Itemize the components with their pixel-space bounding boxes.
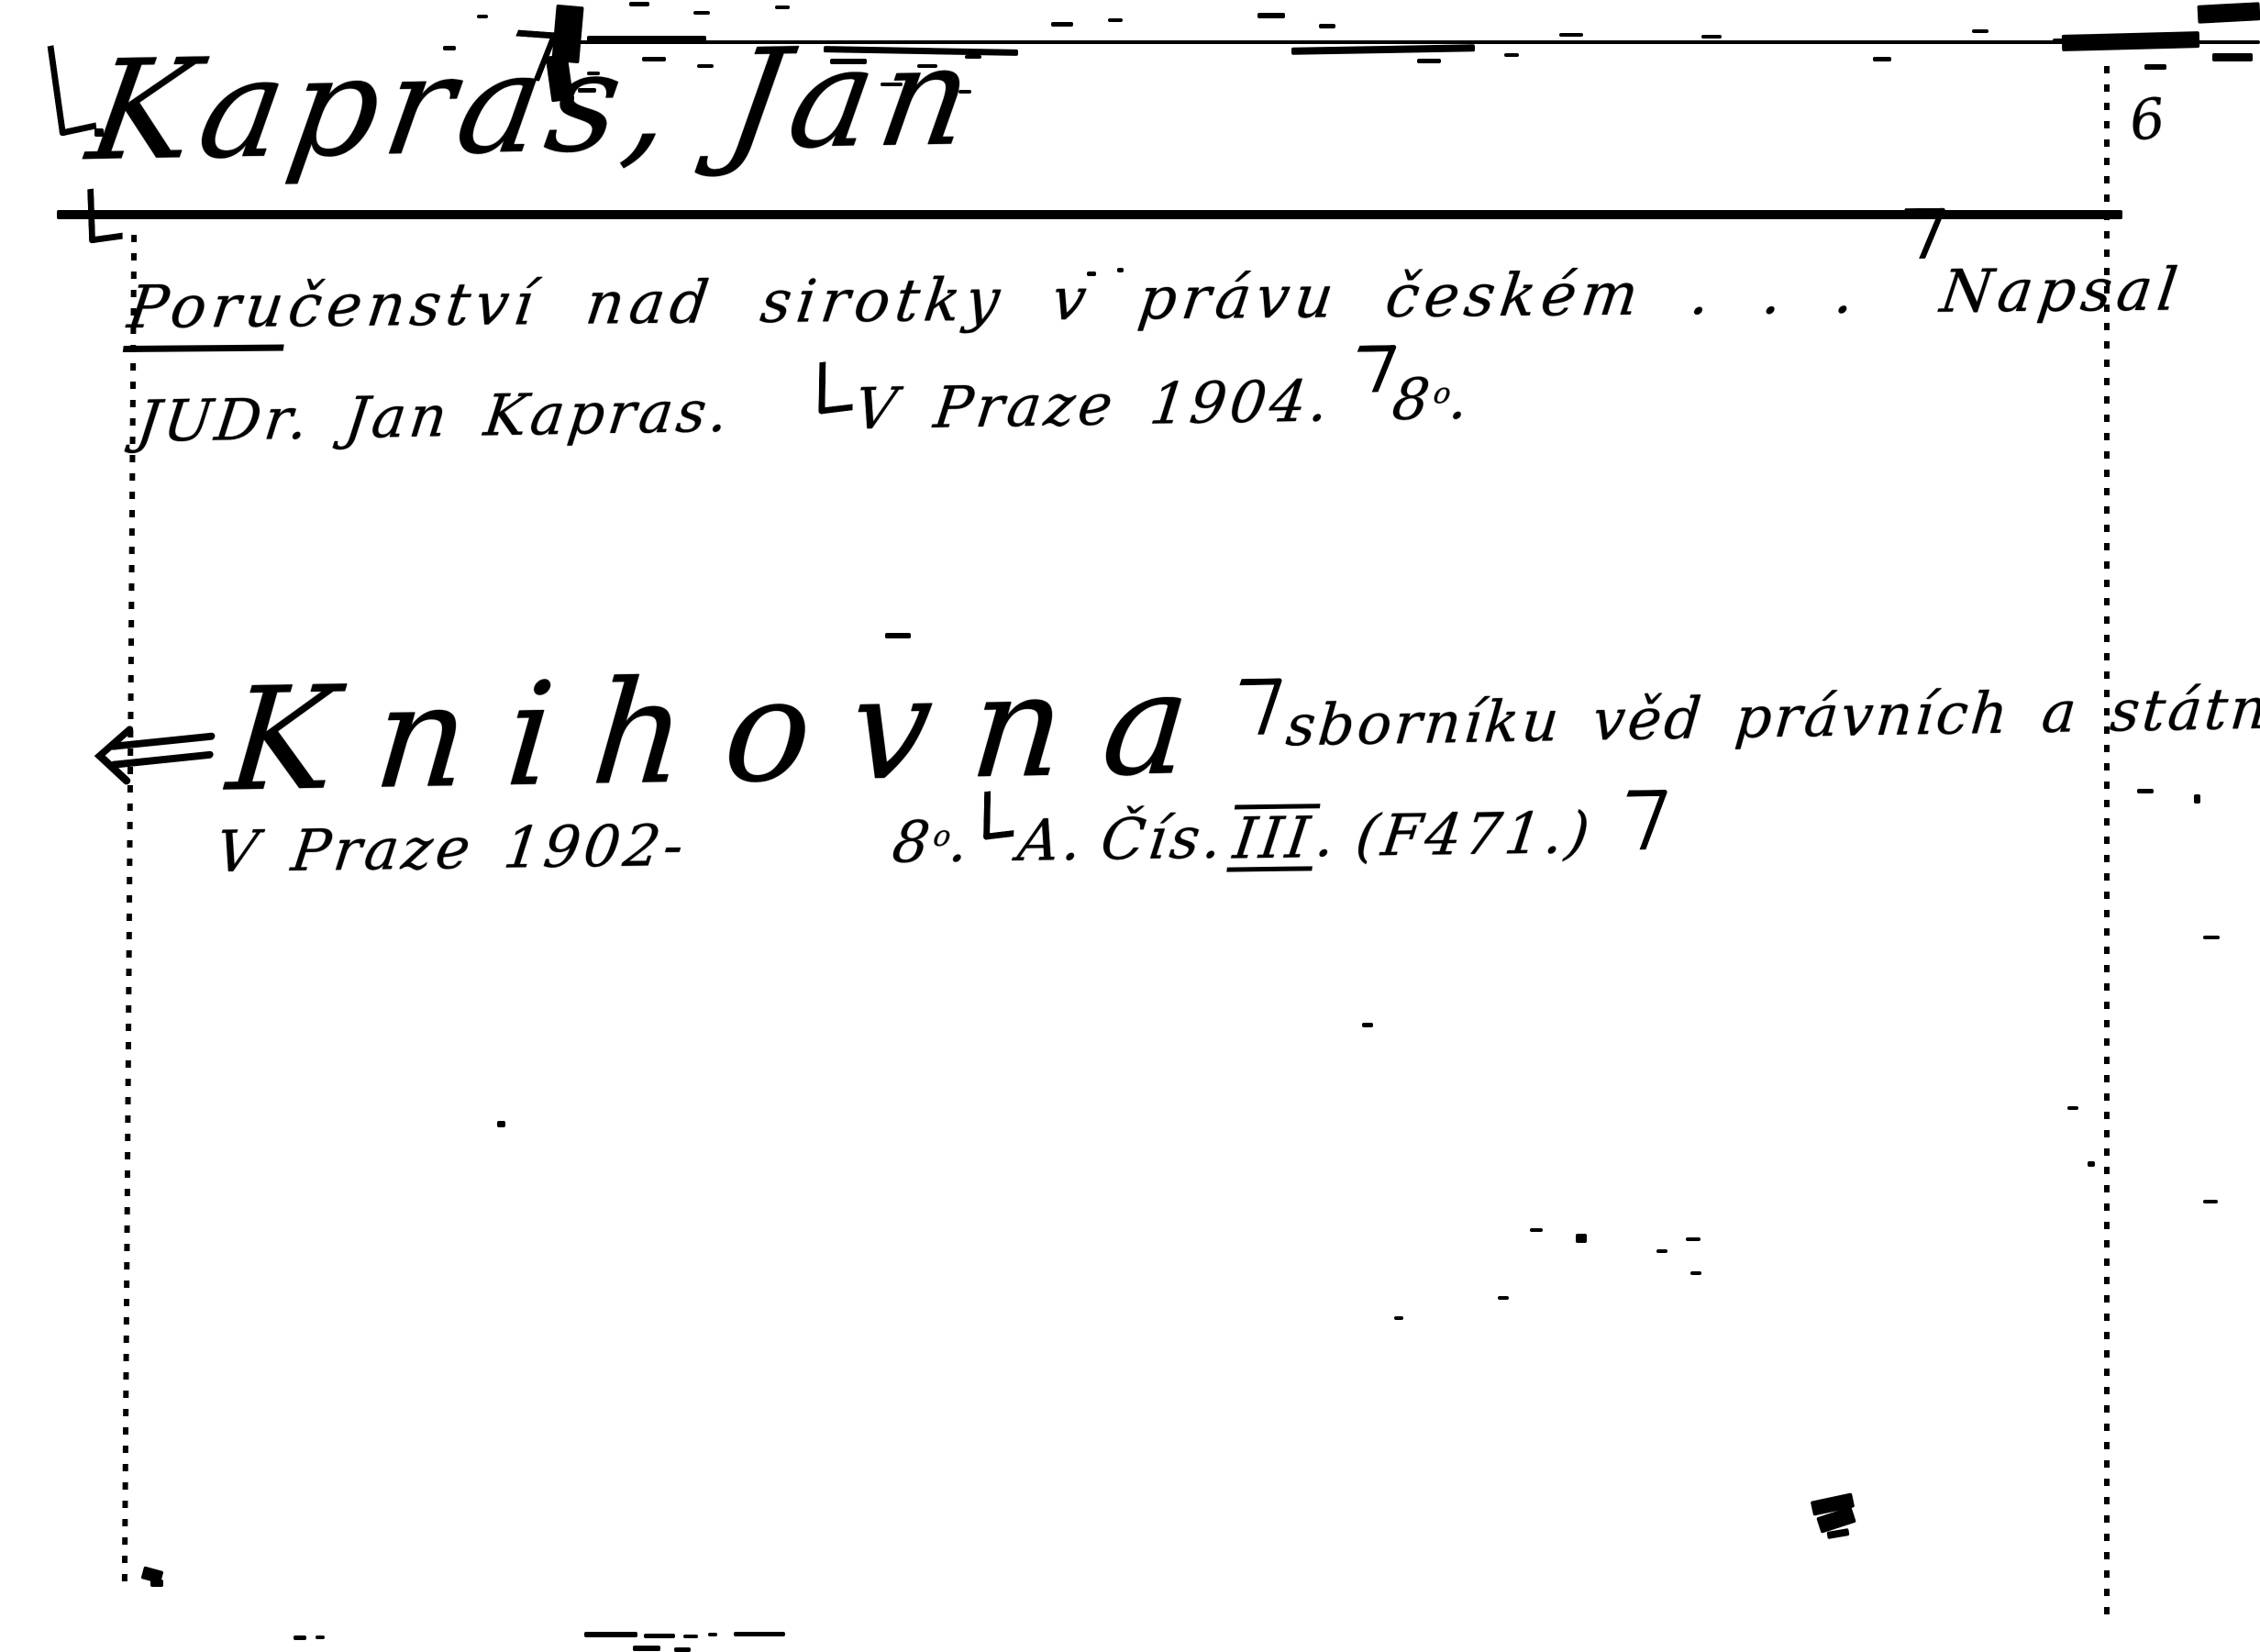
double-left-arrow-icon xyxy=(92,725,220,787)
title-underlined-part: Poru xyxy=(123,272,294,352)
ink-speck xyxy=(644,1634,675,1638)
ink-speck xyxy=(708,1633,717,1636)
ink-speck xyxy=(683,1635,698,1638)
ink-speck xyxy=(1559,33,1583,37)
ink-speck xyxy=(1686,1237,1701,1241)
ink-speck xyxy=(633,1646,660,1651)
ink-speck xyxy=(294,1635,306,1640)
ink-speck xyxy=(1417,59,1441,63)
ink-speck xyxy=(1291,44,1475,54)
ink-speck xyxy=(1701,35,1722,39)
series-subtitle: sborníku věd právních a státních . . . xyxy=(1283,671,2260,759)
ink-speck xyxy=(674,1647,691,1652)
ink-speck xyxy=(1873,57,1891,61)
ink-speck xyxy=(1690,1271,1701,1275)
catalog-card: Kapras, Jan 6 Poručenství nad sirotky v … xyxy=(0,0,2260,1652)
ink-speck xyxy=(629,2,649,6)
series-section: A. xyxy=(1014,807,1090,873)
ink-speck xyxy=(2088,1161,2095,1167)
entry-series-title-line: Knihovna sborníku věd právních a státníc… xyxy=(89,629,2260,814)
insert-start-mark-icon xyxy=(818,359,853,415)
page-number: 6 xyxy=(2126,86,2167,154)
page-title: Kapras, Jan xyxy=(79,17,989,192)
ink-speck xyxy=(1656,1249,1667,1253)
ink-speck xyxy=(1257,13,1285,18)
ink-speck xyxy=(2144,64,2166,70)
insert-end-mark-icon xyxy=(1607,790,1668,850)
ink-speck xyxy=(2203,1200,2218,1203)
ink-speck xyxy=(2137,789,2154,793)
title-rest: čenství nad sirotky v právu českém . . . xyxy=(284,259,1864,340)
ink-speck xyxy=(584,1632,637,1637)
series-number-roman: III xyxy=(1226,804,1321,871)
ink-speck xyxy=(693,11,710,15)
entry-main-author: JUDr. Jan Kapras. xyxy=(134,379,736,455)
ink-speck xyxy=(1530,1228,1543,1232)
ink-speck xyxy=(150,1580,163,1587)
series-shelfmark: (F471.) xyxy=(1352,800,1596,869)
ink-speck xyxy=(2212,53,2253,61)
ink-speck xyxy=(1394,1316,1403,1320)
ink-speck xyxy=(497,1121,505,1127)
heading-row: Kapras, Jan xyxy=(79,17,989,192)
ink-speck xyxy=(734,1632,785,1636)
ink-speck xyxy=(1051,22,1073,27)
series-title: Knihovna xyxy=(223,651,1235,811)
ink-speck xyxy=(1576,1234,1587,1243)
entry-series-imprint: V Praze 1902- xyxy=(213,813,692,885)
ink-speck xyxy=(775,6,790,9)
ink-speck xyxy=(2203,936,2220,939)
series-number-label: Čís. xyxy=(1097,805,1229,872)
ink-speck xyxy=(1972,29,1989,33)
ink-speck xyxy=(477,15,488,18)
left-margin-dotted-line xyxy=(122,235,137,1583)
insert-start-mark-icon xyxy=(87,184,123,243)
ink-speck xyxy=(1319,24,1335,28)
entry-series-format: 8o. xyxy=(889,808,976,875)
insert-start-mark-icon xyxy=(983,788,1014,840)
ink-speck xyxy=(885,633,911,638)
ink-speck xyxy=(1362,1023,1373,1027)
entry-main-title: Poručenství nad sirotky v právu českém .… xyxy=(124,260,1864,342)
ink-speck xyxy=(1108,18,1123,22)
entry-main-imprint-line: JUDr. Jan Kapras. V Praze 1904. 8o. xyxy=(134,366,1476,455)
ink-speck xyxy=(2198,2,2260,24)
ink-speck xyxy=(1498,1296,1509,1300)
ink-speck xyxy=(2062,31,2199,51)
entry-main-format: 8o. xyxy=(1389,366,1476,433)
heading-rule xyxy=(57,210,2122,219)
entry-main-title-line: Poručenství nad sirotky v právu českém .… xyxy=(124,257,2187,342)
ink-speck xyxy=(1504,53,1519,57)
entry-main-imprint: V Praze 1904. xyxy=(851,368,1335,442)
ink-speck xyxy=(2194,794,2200,804)
byline-intro: Napsal xyxy=(1936,257,2186,327)
ink-speck xyxy=(316,1635,325,1639)
insert-end-mark-icon xyxy=(1341,345,1398,393)
ink-speck xyxy=(2067,1106,2078,1110)
